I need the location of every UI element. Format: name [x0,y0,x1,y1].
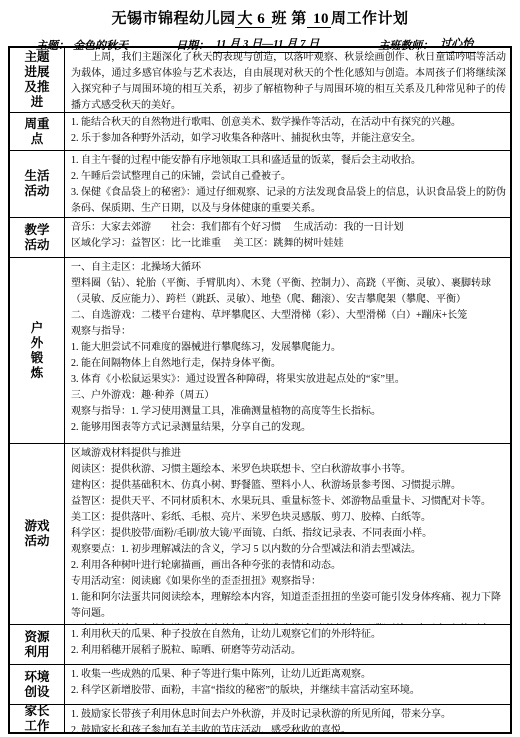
content-line: 三、户外游戏：趣·种养（周五） [71,388,506,404]
table-row: 周重 点1. 能结合秋天的自然物进行歌唱、创意美术、数学操作等活动，在活动中有探… [10,112,510,150]
row-content: 音乐：大家去郊游 社会：我们都有个好习惯 生成活动：我的一日计划区域化学习：益智… [65,218,510,257]
content-line: 1. 能和阿尔法蛋共同阅读绘本，理解绘本内容，知道歪歪扭扭的坐姿可能引发身体疼痛… [71,590,506,622]
row-label: 户 外 锻 炼 [10,258,65,443]
content-line: 2. 能够用图表等方式记录测量结果，分享自己的发现。 [71,420,506,436]
content-line: 区域游戏材料提供与推进 [71,446,506,462]
table-row: 游戏 活动区域游戏材料提供与推进阅读区：提供秋游、习惯主题绘本、米罗色块联想卡、… [10,443,510,624]
content-line: 2. 利用各种树叶进行轮廓描画，画出各种夸张的表情和动态。 [71,558,506,574]
row-label: 主题 进展 及推 进 [10,48,65,112]
content-line: 区域化学习：益智区：比一比谁重 美工区：跳舞的树叶娃娃 [71,236,506,252]
row-label: 教学 活动 [10,218,65,257]
content-line: 美工区：提供落叶、彩纸、毛根、亮片、米罗色块灵感版、剪刀、胶棒、白纸等。 [71,510,506,526]
table-row: 环境 创设1. 收集一些成熟的瓜果、种子等进行集中陈列，让幼儿近距离观察。2. … [10,664,510,704]
content-line: 观察要点：1. 初步理解减法的含义，学习 5 以内数的分合型减法和消去型减法。 [71,542,506,558]
content-line: 2. 利用稻穗开展稻子脱粒、晾晒、研磨等劳动活动。 [71,643,506,659]
content-line: 2. 乐于参加各种野外活动，如学习收集各种落叶、捕捉秋虫等，并能注意安全。 [71,131,506,147]
table-row: 资源 利用1. 利用秋天的瓜果、种子投放在自然角，让幼儿观察它们的外形特征。2.… [10,624,510,664]
content-line: 一、自主走区：北操场大循环 [71,260,506,276]
content-line: 2. 科学区新增胶带、面粉，丰富“指纹的秘密”的版块，并继续丰富活动室环境。 [71,683,506,699]
content-line: 音乐：大家去郊游 社会：我们都有个好习惯 生成活动：我的一日计划 [71,220,506,236]
title-school: 无锡市锦程幼儿园 [111,11,235,27]
table-row: 主题 进展 及推 进上周，我们主题深化了秋天的表现与创造，以落叶观察、秋景绘画创… [10,48,510,112]
row-content: 一、自主走区：北操场大循环塑料圈（钻）、轮胎（平衡、手臂肌肉）、木凳（平衡、控制… [65,258,510,443]
title-mid: 班 第 [272,11,307,27]
row-content: 1. 自主午餐的过程中能安静有序地领取工具和盛适量的饭菜，餐后会主动收拾。2. … [65,151,510,217]
content-line: 1. 能大胆尝试不同难度的器械进行攀爬练习，发展攀爬能力。 [71,340,506,356]
row-content: 1. 能结合秋天的自然物进行歌唱、创意美术、数学操作等活动，在活动中有探究的兴趣… [65,113,510,150]
content-line: 建构区：提供基础积木、仿真小树、野餐篮、塑料小人、秋游场景参考图、习惯提示牌。 [71,478,506,494]
row-content: 1. 收集一些成熟的瓜果、种子等进行集中陈列，让幼儿近距离观察。2. 科学区新增… [65,665,510,704]
row-label: 环境 创设 [10,665,65,704]
content-line: 3. 体育《小松鼠运果实》：通过设置各种障碍，将果实放进起点处的“家”里。 [71,372,506,388]
weekly-plan-document: 无锡市锦程幼儿园大 6 班 第 10周工作计划 主题： 金色的秋天 日期： 11… [0,0,520,737]
content-line: 1. 能结合秋天的自然物进行歌唱、创意美术、数学操作等活动，在活动中有探究的兴趣… [71,115,506,131]
table-row: 户 外 锻 炼一、自主走区：北操场大循环塑料圈（钻）、轮胎（平衡、手臂肌肉）、木… [10,257,510,443]
content-line: 2. 午睡后尝试整理自己的床铺，尝试自己叠被子。 [71,169,506,185]
table-row: 家长 工作1. 鼓励家长带孩子利用休息时间去户外秋游，并及时记录秋游的所见所闻，… [10,704,510,732]
content-line: 益智区：提供天平、不同材质积木、水果玩具、重量标签卡、郊游物品重量卡、习惯配对卡… [71,494,506,510]
content-line: 1. 自主午餐的过程中能安静有序地领取工具和盛适量的饭菜，餐后会主动收拾。 [71,153,506,169]
table-row: 教学 活动音乐：大家去郊游 社会：我们都有个好习惯 生成活动：我的一日计划区域化… [10,217,510,257]
page-title: 无锡市锦程幼儿园大 6 班 第 10周工作计划 [0,0,520,28]
content-line: 观察与指导： [71,324,506,340]
content-line: 专用活动室：阅读廊《如果你坐的歪歪扭扭》观察指导： [71,574,506,590]
title-class-blank: 大 6 [235,11,271,28]
content-line: 上周，我们主题深化了秋天的表现与创造，以落叶观察、秋景绘画创作、秋日童谣吟唱等活… [71,50,506,112]
row-label: 游戏 活动 [10,444,65,624]
title-suffix: 周工作计划 [331,11,409,27]
content-line: 阅读区：提供秋游、习惯主题绘本、米罗色块联想卡、空白秋游故事小书等。 [71,462,506,478]
plan-table: 主题 进展 及推 进上周，我们主题深化了秋天的表现与创造，以落叶观察、秋景绘画创… [8,46,512,734]
row-label: 生活 活动 [10,151,65,217]
content-line: 塑料圈（钻）、轮胎（平衡、手臂肌肉）、木凳（平衡、控制力）、高跷（平衡、灵敏）、… [71,276,506,308]
row-content: 1. 利用秋天的瓜果、种子投放在自然角，让幼儿观察它们的外形特征。2. 利用稻穗… [65,625,510,664]
table-row: 生活 活动1. 自主午餐的过程中能安静有序地领取工具和盛适量的饭菜，餐后会主动收… [10,150,510,217]
content-line: 3. 保健《食品袋上的秘密》：通过仔细观察、记录的方法发现食品袋上的信息，认识食… [71,185,506,217]
content-line: 1. 鼓励家长带孩子利用休息时间去户外秋游，并及时记录秋游的所见所闻，带来分享。 [71,707,506,723]
content-line: 2. 鼓励家长和孩子参加有关丰收的节庆活动，感受秋收的喜悦。 [71,723,506,732]
row-content: 区域游戏材料提供与推进阅读区：提供秋游、习惯主题绘本、米罗色块联想卡、空白秋游故… [65,444,510,624]
row-label: 资源 利用 [10,625,65,664]
content-line: 1. 收集一些成熟的瓜果、种子等进行集中陈列，让幼儿近距离观察。 [71,667,506,683]
title-week-blank: 10 [307,11,331,28]
content-line: 二、自选游戏：二楼平台建构、草坪攀爬区、大型滑梯（彩）、大型滑梯（白）+蹦床+长… [71,308,506,324]
row-content: 1. 鼓励家长带孩子利用休息时间去户外秋游，并及时记录秋游的所见所闻，带来分享。… [65,705,510,732]
row-label: 周重 点 [10,113,65,150]
content-line: 2. 能在间隔物体上自然地行走，保持身体平衡。 [71,356,506,372]
row-content: 上周，我们主题深化了秋天的表现与创造，以落叶观察、秋景绘画创作、秋日童谣吟唱等活… [65,48,510,112]
content-line: 科学区：提供胶带/面粉/毛刷/放大镜/平面镜、白纸、指纹记录表、不同表面小样。 [71,526,506,542]
row-label: 家长 工作 [10,705,65,732]
content-line: 观察与指导：1. 学习使用测量工具，准确测量植物的高度等生长指标。 [71,404,506,420]
content-line: 1. 利用秋天的瓜果、种子投放在自然角，让幼儿观察它们的外形特征。 [71,627,506,643]
